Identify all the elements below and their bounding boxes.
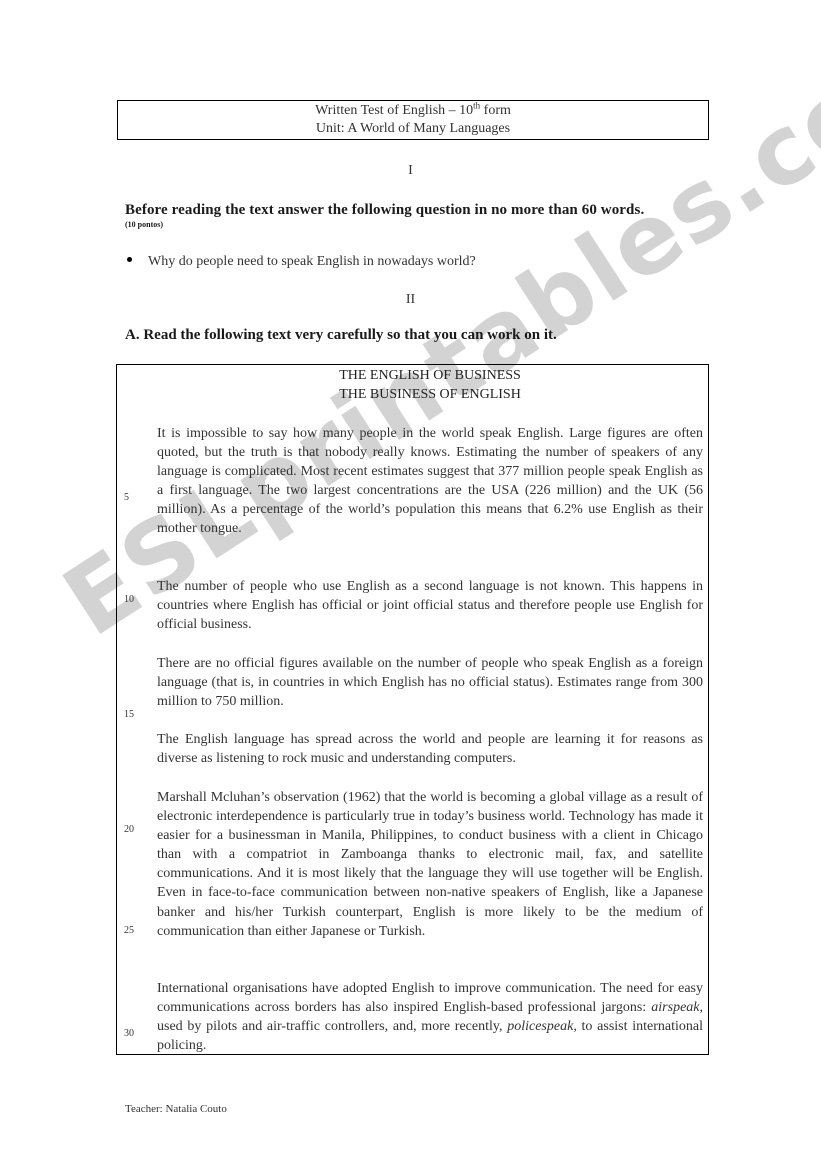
question-instruction: Before reading the text answer the follo… — [125, 202, 644, 219]
reading-instruction: A. Read the following text very carefull… — [125, 327, 557, 344]
paragraph-4: The English language has spread across t… — [157, 730, 703, 768]
section-numeral-two: II — [0, 292, 821, 308]
line-number: 15 — [124, 709, 134, 720]
section-numeral-one: I — [0, 163, 821, 179]
test-title-text: Written Test of English – 10 — [315, 103, 473, 118]
reading-title: THE ENGLISH OF BUSINESS THE BUSINESS OF … — [116, 366, 744, 404]
question-item: Why do people need to speak English in n… — [127, 254, 476, 270]
line-number: 10 — [124, 594, 134, 605]
test-header-box: Written Test of English – 10th form Unit… — [117, 100, 709, 140]
question-text: Why do people need to speak English in n… — [148, 254, 476, 269]
paragraph-6-text-1: International organisations have adopted… — [157, 981, 703, 1015]
reading-title-line-2: THE BUSINESS OF ENGLISH — [116, 385, 744, 404]
paragraph-2: The number of people who use English as … — [157, 577, 703, 634]
points-label: (10 pontos) — [125, 220, 163, 229]
line-number: 5 — [124, 492, 129, 503]
line-number: 20 — [124, 824, 134, 835]
line-number: 25 — [124, 925, 134, 936]
term-policespeak: policespeak — [507, 1019, 573, 1034]
bullet-icon — [127, 257, 132, 262]
line-number: 30 — [124, 1028, 134, 1039]
unit-title: Unit: A World of Many Languages — [118, 120, 708, 138]
term-airspeak: airspeak — [651, 1000, 699, 1015]
paragraph-3: There are no official figures available … — [157, 654, 703, 711]
paragraph-6: International organisations have adopted… — [157, 979, 703, 1055]
reading-title-line-1: THE ENGLISH OF BUSINESS — [116, 366, 744, 385]
paragraph-5: Marshall Mcluhan’s observation (1962) th… — [157, 788, 703, 941]
test-title-suffix: form — [480, 103, 511, 118]
paragraph-1: It is impossible to say how many people … — [157, 424, 703, 539]
test-title: Written Test of English – 10th form — [118, 102, 708, 120]
teacher-footer: Teacher: Natalia Couto — [125, 1103, 227, 1115]
